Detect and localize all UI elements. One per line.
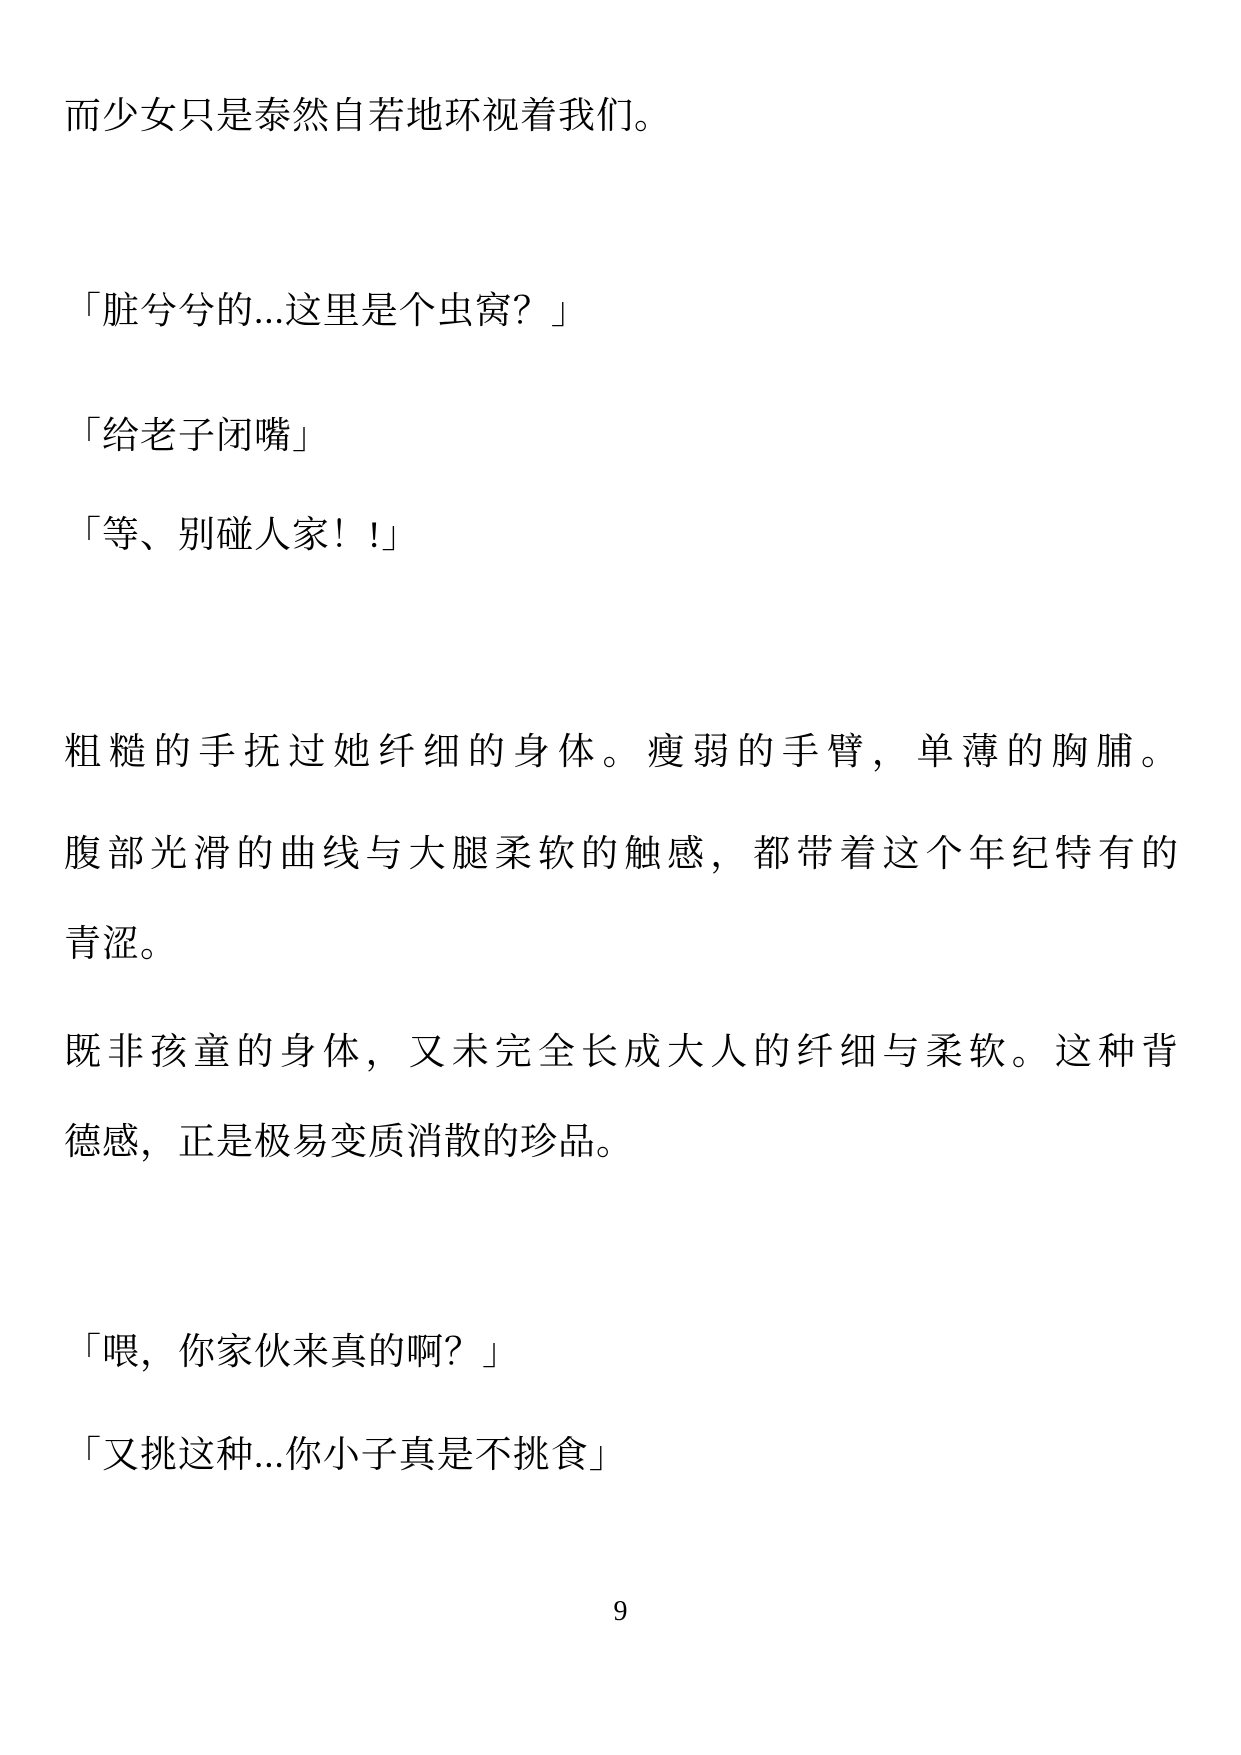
narration-line: 粗糙的手抚过她纤细的身体。瘦弱的手臂，单薄的胸脯。: [64, 729, 1178, 777]
dialogue-line: 「给老子闭嘴」: [64, 413, 1178, 461]
narration-line: 腹部光滑的曲线与大腿柔软的触感，都带着这个年纪特有的: [64, 831, 1178, 879]
narration-line: 而少女只是泰然自若地环视着我们。: [64, 93, 1178, 141]
narration-line: 既非孩童的身体，又未完全长成大人的纤细与柔软。这种背: [64, 1029, 1178, 1077]
dialogue-line: 「喂，你家伙来真的啊？」: [64, 1329, 1178, 1377]
dialogue-line: 「等、别碰人家！!」: [64, 512, 1178, 560]
narration-line: 青涩。: [64, 921, 1178, 969]
book-page: 而少女只是泰然自若地环视着我们。 「脏兮兮的...这里是个虫窝？」 「给老子闭嘴…: [0, 0, 1241, 1755]
dialogue-line: 「又挑这种...你小子真是不挑食」: [64, 1432, 1178, 1480]
page-number: 9: [0, 1594, 1241, 1630]
dialogue-line: 「脏兮兮的...这里是个虫窝？」: [64, 288, 1178, 336]
narration-line: 德感，正是极易变质消散的珍品。: [64, 1119, 1178, 1167]
